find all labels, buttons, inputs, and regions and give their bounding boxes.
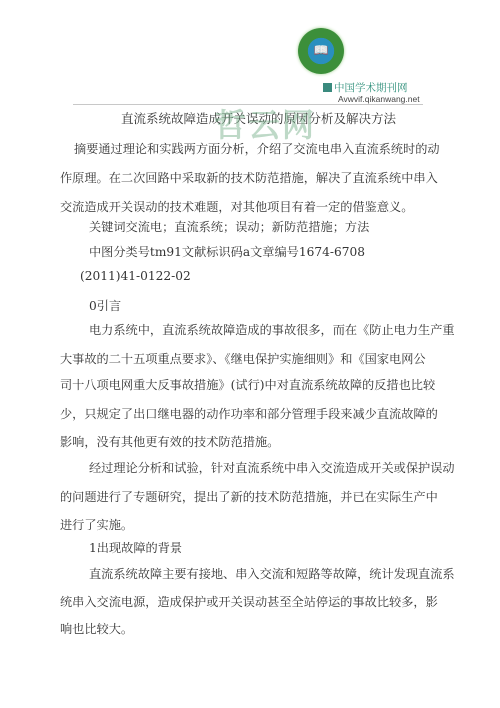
article-number-line: (2011)41-0122-02: [80, 268, 191, 284]
intro-line-8: 进行了实施。: [60, 517, 133, 533]
intro-line-6: 经过理论分析和试验，针对直流系统中串入交流造成开关或保护误动: [89, 460, 455, 476]
book-icon: 📖: [311, 43, 331, 57]
document-title: 直流系统故障造成开关误动的原因分析及解决方法: [121, 111, 396, 127]
abstract-line-1: 摘要通过理论和实践两方面分析，介绍了交流电串入直流系统时的动: [74, 141, 440, 157]
intro-line-5: 影响，没有其他更有效的技术防范措施。: [60, 434, 279, 450]
brand-url: Avwvif.qikanwang.net: [338, 94, 420, 104]
logo-badge: 📖: [298, 28, 344, 74]
site-logo: 📖: [298, 28, 350, 80]
brand-square-icon: [323, 83, 332, 92]
section-heading-intro: 0引言: [89, 298, 121, 314]
section-heading-background: 1出现故障的背景: [89, 540, 182, 556]
intro-line-7: 的问题进行了专题研究，提出了新的技术防范措施，并已在实际生产中: [60, 489, 438, 505]
intro-line-3: 司十八项电网重大反事故措施》(试行)中对直流系统故障的反措也比较: [60, 377, 435, 393]
abstract-line-2: 作原理。在二次回路中采取新的技术防范措施，解决了直流系统中串入: [60, 170, 438, 186]
background-line-3: 响也比较大。: [60, 621, 133, 637]
keywords-line: 关键词交流电；直流系统；误动；新防范措施；方法: [89, 219, 369, 235]
brand-name-text: 中国学术期刊网: [334, 80, 408, 95]
background-line-2: 统串入交流电源，造成保护或开关误动甚至全站停运的事故比较多，影: [60, 594, 438, 610]
background-line-1: 直流系统故障主要有接地、串入交流和短路等故障，统计发现直流系: [89, 566, 455, 582]
header-divider: [73, 104, 423, 105]
intro-line-1: 电力系统中，直流系统故障造成的事故很多，而在《防止电力生产重: [89, 322, 455, 338]
abstract-line-3: 交流造成开关误动的技术难题，对其他项目有着一定的借鉴意义。: [60, 199, 413, 215]
classification-line: 中图分类号tm91文献标识码a文章编号1674-6708: [89, 244, 365, 260]
intro-line-2: 大事故的二十五项重点要求》、《继电保护实施细则》和《国家电网公: [60, 351, 426, 367]
intro-line-4: 少，只规定了出口继电器的动作功率和部分管理手段来减少直流故障的: [60, 406, 438, 422]
brand-name: 中国学术期刊网: [323, 80, 408, 95]
